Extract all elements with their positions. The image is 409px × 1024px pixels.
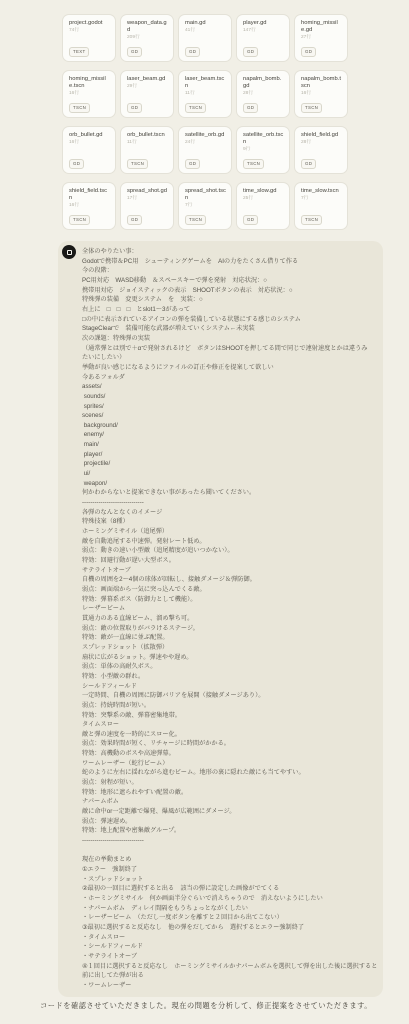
file-type-badge: GD — [185, 47, 200, 57]
user-avatar-icon — [67, 250, 72, 255]
file-attachment-card[interactable]: orb_bullet.tscn 11行 TSCN — [120, 126, 174, 174]
file-attachment-card[interactable]: spread_shot.gd 17行 GD — [120, 182, 174, 230]
file-type-badge: TSCN — [301, 103, 322, 113]
file-type-badge: GD — [301, 159, 316, 169]
user-message-bubble: 全体のやりたい事： Godotで携帯＆PC用 シューティングゲームを AIの力を… — [58, 241, 383, 997]
file-line-count: 16行 — [69, 203, 110, 209]
file-name: satellite_orb.gd — [185, 132, 226, 139]
file-attachment-card[interactable]: time_slow.tscn 7行 TSCN — [294, 182, 348, 230]
file-line-count: 11行 — [185, 91, 226, 97]
file-line-count: 41行 — [185, 28, 226, 34]
file-name: homing_missile.gd — [301, 20, 342, 34]
file-name: weapon_data.gd — [127, 20, 168, 34]
file-name: napalm_bomb.gd — [243, 76, 284, 90]
user-message-text: 全体のやりたい事： Godotで携帯＆PC用 シューティングゲームを AIの力を… — [82, 247, 378, 991]
file-name: time_slow.tscn — [301, 188, 342, 195]
file-attachment-card[interactable]: project.godot 74行 TEXT — [62, 14, 116, 62]
file-line-count: 28行 — [243, 91, 284, 97]
file-attachment-card[interactable]: satellite_orb.gd 24行 GD — [178, 126, 232, 174]
file-line-count: 17行 — [127, 196, 168, 202]
file-type-badge: GD — [243, 103, 258, 113]
file-type-badge: TSCN — [127, 159, 148, 169]
file-attachment-card[interactable]: weapon_data.gd 209行 GD — [120, 14, 174, 62]
file-attachment-card[interactable]: napalm_bomb.tscn 16行 TSCN — [294, 70, 348, 118]
file-attachment-card[interactable]: homing_missile.tscn 16行 TSCN — [62, 70, 116, 118]
assistant-reply-text: コードを確認させていただきました。現在の問題を分析して、修正提案をさせていただき… — [40, 1000, 376, 1011]
file-attachment-card[interactable]: player.gd 147行 GD — [236, 14, 290, 62]
file-line-count: 9行 — [243, 147, 284, 153]
file-attachment-card[interactable]: shield_field.tscn 16行 TSCN — [62, 182, 116, 230]
file-name: laser_beam.tscn — [185, 76, 226, 90]
file-attachment-card[interactable]: time_slow.gd 25行 GD — [236, 182, 290, 230]
file-attachment-card[interactable]: homing_missile.gd 27行 GD — [294, 14, 348, 62]
file-attachment-card[interactable]: satellite_orb.tscn 9行 TSCN — [236, 126, 290, 174]
file-name: homing_missile.tscn — [69, 76, 110, 90]
file-attachment-card[interactable]: laser_beam.tscn 11行 TSCN — [178, 70, 232, 118]
user-avatar — [62, 245, 76, 259]
file-type-badge: GD — [127, 215, 142, 225]
file-line-count: 25行 — [243, 196, 284, 202]
file-name: satellite_orb.tscn — [243, 132, 284, 146]
file-type-badge: TSCN — [301, 215, 322, 225]
file-name: player.gd — [243, 20, 284, 27]
file-name: shield_field.tscn — [69, 188, 110, 202]
file-line-count: 16行 — [69, 140, 110, 146]
file-name: shield_field.gd — [301, 132, 342, 139]
file-name: laser_beam.gd — [127, 76, 168, 83]
file-name: spread_shot.tscn — [185, 188, 226, 202]
file-type-badge: GD — [127, 47, 142, 57]
file-type-badge: GD — [69, 159, 84, 169]
file-line-count: 11行 — [127, 140, 168, 146]
file-line-count: 24行 — [185, 140, 226, 146]
file-name: napalm_bomb.tscn — [301, 76, 342, 90]
file-line-count: 74行 — [69, 28, 110, 34]
file-name: project.godot — [69, 20, 110, 27]
file-grid: project.godot 74行 TEXT weapon_data.gd 20… — [62, 14, 348, 230]
file-line-count: 7行 — [301, 196, 342, 202]
file-attachment-card[interactable]: main.gd 41行 GD — [178, 14, 232, 62]
file-line-count: 27行 — [301, 35, 342, 41]
file-line-count: 7行 — [185, 203, 226, 209]
file-attachment-card[interactable]: orb_bullet.gd 16行 GD — [62, 126, 116, 174]
file-type-badge: TSCN — [185, 103, 206, 113]
file-attachment-card[interactable]: laser_beam.gd 29行 GD — [120, 70, 174, 118]
file-attachment-card[interactable]: napalm_bomb.gd 28行 GD — [236, 70, 290, 118]
file-line-count: 28行 — [301, 140, 342, 146]
file-line-count: 147行 — [243, 28, 284, 34]
file-type-badge: GD — [243, 47, 258, 57]
file-type-badge: TSCN — [185, 215, 206, 225]
file-name: spread_shot.gd — [127, 188, 168, 195]
file-line-count: 16行 — [301, 91, 342, 97]
file-type-badge: GD — [185, 159, 200, 169]
file-name: main.gd — [185, 20, 226, 27]
file-attachment-card[interactable]: spread_shot.tscn 7行 TSCN — [178, 182, 232, 230]
file-line-count: 16行 — [69, 91, 110, 97]
file-type-badge: GD — [301, 47, 316, 57]
file-name: orb_bullet.tscn — [127, 132, 168, 139]
file-line-count: 209行 — [127, 35, 168, 41]
file-type-badge: GD — [243, 215, 258, 225]
file-type-badge: GD — [127, 103, 142, 113]
file-type-badge: TSCN — [243, 159, 264, 169]
file-name: orb_bullet.gd — [69, 132, 110, 139]
file-type-badge: TSCN — [69, 103, 90, 113]
file-line-count: 29行 — [127, 84, 168, 90]
file-type-badge: TEXT — [69, 47, 89, 57]
file-name: time_slow.gd — [243, 188, 284, 195]
chat-page: project.godot 74行 TEXT weapon_data.gd 20… — [0, 0, 409, 1024]
file-type-badge: TSCN — [69, 215, 90, 225]
file-attachment-card[interactable]: shield_field.gd 28行 GD — [294, 126, 348, 174]
